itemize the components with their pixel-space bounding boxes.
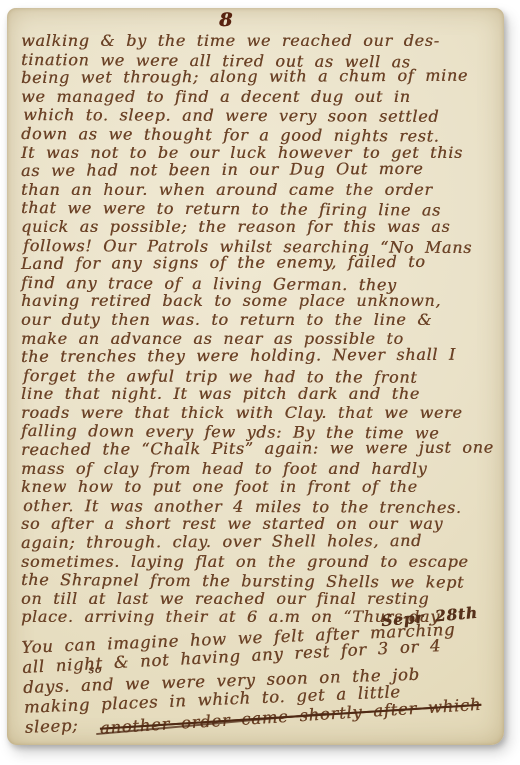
handwriting-line: that we were to return to the firing lin…	[21, 199, 500, 221]
handwriting-line: quick as possible; the reason for this w…	[21, 218, 500, 237]
handwriting-line: on till at last we reached our final res…	[21, 590, 500, 609]
final-line-prefix: sleep;	[24, 716, 78, 737]
handwriting-line: than an hour. when around came the order	[21, 181, 500, 200]
handwriting-line: mass of clay from head to foot and hardl…	[21, 460, 500, 479]
handwriting-line: the Shrapnel from the bursting Shells we…	[21, 571, 500, 593]
handwriting-line: knew how to put one foot in front of the	[21, 478, 500, 497]
handwriting-line: we managed to find a decent dug out in	[21, 88, 500, 107]
handwriting-line: forget the awful trip we had to the fron…	[23, 367, 502, 388]
handwriting-line: having retired back to some place unknow…	[21, 292, 500, 311]
handwriting-line: as we had not been in our Dug Out more	[21, 160, 500, 181]
handwriting-line: our duty then was. to return to the line…	[21, 311, 500, 330]
handwriting-line: down as we thought for a good nights res…	[21, 125, 500, 147]
handwriting-line: again; through. clay. over Shell holes, …	[21, 532, 500, 553]
handwriting-line: the trenches they were holding. Never sh…	[21, 346, 500, 367]
handwriting-line: other. It was another 4 miles to the tre…	[23, 497, 502, 518]
handwriting-line: Land for any signs of the enemy, failed …	[21, 253, 500, 274]
letter-paragraph-1: walking & by the time we reached our des…	[21, 32, 500, 627]
handwriting-line: find any trace of a living German. they	[21, 274, 500, 296]
handwriting-line: walking & by the time we reached our des…	[21, 32, 500, 51]
handwriting-line: reached the “Chalk Pits” again: we were …	[21, 439, 500, 460]
handwriting-line: line that night. It was pitch dark and t…	[21, 385, 500, 404]
handwriting-line: sometimes. laying flat on the ground to …	[21, 553, 500, 572]
scan-background: 8 walking & by the time we reached our d…	[0, 0, 520, 765]
handwriting-line: roads were that thick with Clay. that we…	[21, 404, 500, 423]
scanned-letter-page: 8 walking & by the time we reached our d…	[7, 8, 504, 745]
letter-paragraph-2: so You can imagine how we felt after mar…	[21, 618, 504, 738]
handwriting-line: being wet through; along with a chum of …	[21, 67, 500, 88]
page-number: 8	[219, 9, 232, 31]
